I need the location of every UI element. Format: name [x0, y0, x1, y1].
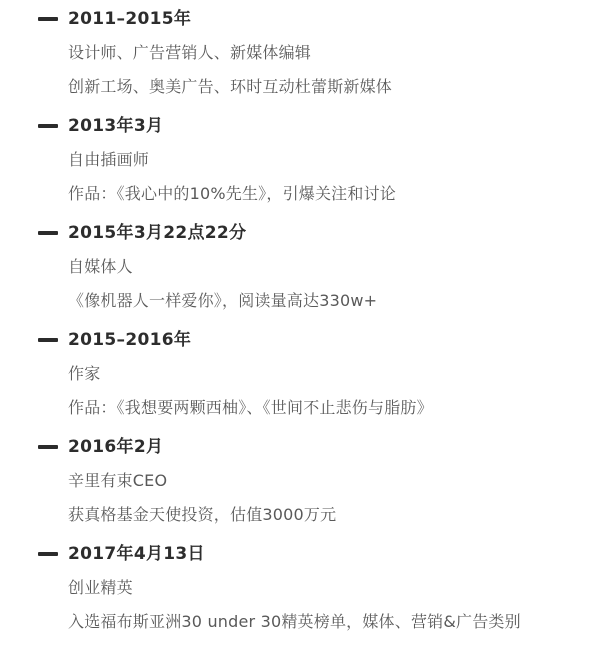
- entry-role: 辛里有束CEO: [68, 470, 575, 492]
- timeline-entry: 2017年4月13日 创业精英 入选福布斯亚洲30 under 30精英榜单，媒…: [0, 543, 593, 633]
- timeline-dash-icon: [38, 338, 58, 342]
- entry-detail: 创新工场、奥美广告、环时互动杜蕾斯新媒体: [68, 76, 575, 98]
- entry-date: 2013年3月: [68, 115, 575, 137]
- timeline-entry-content: 2017年4月13日 创业精英 入选福布斯亚洲30 under 30精英榜单，媒…: [68, 543, 575, 633]
- entry-date: 2017年4月13日: [68, 543, 575, 565]
- timeline-dash-icon: [38, 231, 58, 235]
- entry-date: 2015–2016年: [68, 329, 575, 351]
- timeline-entry-content: 2011–2015年 设计师、广告营销人、新媒体编辑 创新工场、奥美广告、环时互…: [68, 8, 575, 98]
- timeline-dash-icon: [38, 445, 58, 449]
- timeline-entry-content: 2013年3月 自由插画师 作品：《我心中的10%先生》，引爆关注和讨论: [68, 115, 575, 205]
- entry-role: 作家: [68, 363, 575, 385]
- entry-detail: 作品：《我想要两颗西柚》、《世间不止悲伤与脂肪》: [68, 397, 575, 419]
- entry-role: 自媒体人: [68, 256, 575, 278]
- entry-role: 创业精英: [68, 577, 575, 599]
- timeline-entry-content: 2015年3月22点22分 自媒体人 《像机器人一样爱你》，阅读量高达330w+: [68, 222, 575, 312]
- entry-detail: 《像机器人一样爱你》，阅读量高达330w+: [68, 290, 575, 312]
- timeline-page: 2011–2015年 设计师、广告营销人、新媒体编辑 创新工场、奥美广告、环时互…: [0, 0, 593, 650]
- timeline-entry-content: 2016年2月 辛里有束CEO 获真格基金天使投资，估值3000万元: [68, 436, 575, 526]
- timeline-entry: 2015年3月22点22分 自媒体人 《像机器人一样爱你》，阅读量高达330w+: [0, 222, 593, 312]
- timeline-dash-icon: [38, 124, 58, 128]
- entry-date: 2015年3月22点22分: [68, 222, 575, 244]
- timeline-dash-icon: [38, 552, 58, 556]
- timeline-entry: 2015–2016年 作家 作品：《我想要两颗西柚》、《世间不止悲伤与脂肪》: [0, 329, 593, 419]
- entry-detail: 入选福布斯亚洲30 under 30精英榜单，媒体、营销&广告类别: [68, 611, 575, 633]
- entry-detail: 获真格基金天使投资，估值3000万元: [68, 504, 575, 526]
- timeline-entry: 2013年3月 自由插画师 作品：《我心中的10%先生》，引爆关注和讨论: [0, 115, 593, 205]
- timeline-entry: 2011–2015年 设计师、广告营销人、新媒体编辑 创新工场、奥美广告、环时互…: [0, 8, 593, 98]
- entry-date: 2016年2月: [68, 436, 575, 458]
- timeline-dash-icon: [38, 17, 58, 21]
- entry-role: 设计师、广告营销人、新媒体编辑: [68, 42, 575, 64]
- entry-role: 自由插画师: [68, 149, 575, 171]
- entry-detail: 作品：《我心中的10%先生》，引爆关注和讨论: [68, 183, 575, 205]
- timeline-entry: 2016年2月 辛里有束CEO 获真格基金天使投资，估值3000万元: [0, 436, 593, 526]
- timeline-entry-content: 2015–2016年 作家 作品：《我想要两颗西柚》、《世间不止悲伤与脂肪》: [68, 329, 575, 419]
- entry-date: 2011–2015年: [68, 8, 575, 30]
